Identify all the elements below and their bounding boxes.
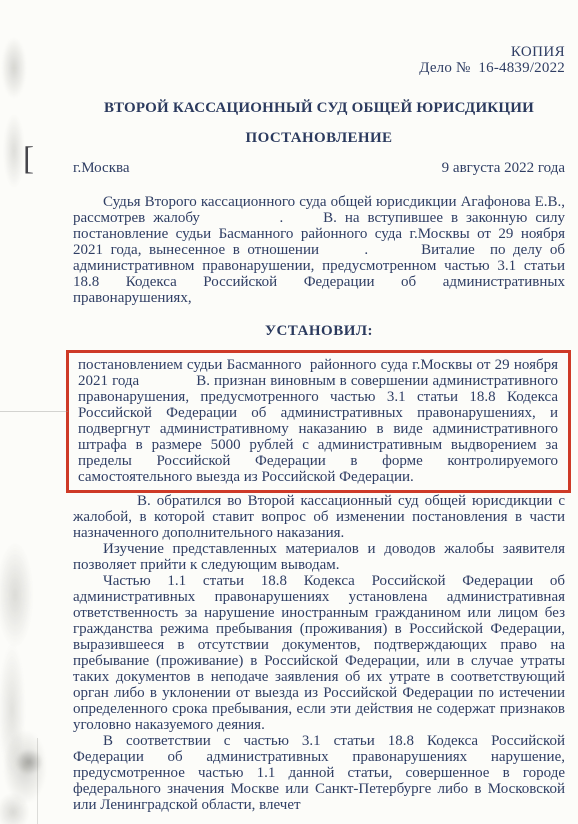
scan-smudge [0,640,26,780]
scan-smudge [2,728,48,806]
court-name-title: ВТОРОЙ КАССАЦИОННЫЙ СУД ОБЩЕЙ ЮРИСДИКЦИИ [73,100,565,116]
scan-smudge [0,792,30,824]
scan-ink-blob [14,748,44,776]
place-date-row: г.Москва 9 августа 2022 года [73,160,565,176]
place-label: г.Москва [73,160,130,176]
body-paragraph: Изучение представленных материалов и дов… [73,541,565,573]
scan-smudge [3,112,25,190]
copy-label: КОПИЯ [73,44,565,60]
scan-smudge [0,540,34,650]
highlighted-paragraph: постановлением судьи Басманного районног… [78,357,558,485]
document-type-title: ПОСТАНОВЛЕНИЕ [73,130,565,146]
highlight-annotation-box: постановлением судьи Басманного районног… [66,350,571,493]
body-paragraph: Частью 1.1 статьи 18.8 Кодекса Российско… [73,573,565,733]
intro-paragraph: Судья Второго кассационного суда общей ю… [73,194,565,306]
scan-fold-line [37,738,38,824]
scan-bracket-mark: [ [23,143,34,176]
body-paragraph: В. обратился во Второй кассационный суд … [73,493,565,541]
case-number: Дело № 16-4839/2022 [73,60,565,76]
scanned-court-document-page: [ КОПИЯ Дело № 16-4839/2022 ВТОРОЙ КАССА… [0,0,578,824]
resolution-heading: УСТАНОВИЛ: [73,323,565,339]
date-label: 9 августа 2022 года [442,160,565,176]
scan-crease-line [0,411,68,412]
scan-smudge [1,36,27,100]
body-paragraph: В соответствии с частью 3.1 статьи 18.8 … [73,733,565,813]
